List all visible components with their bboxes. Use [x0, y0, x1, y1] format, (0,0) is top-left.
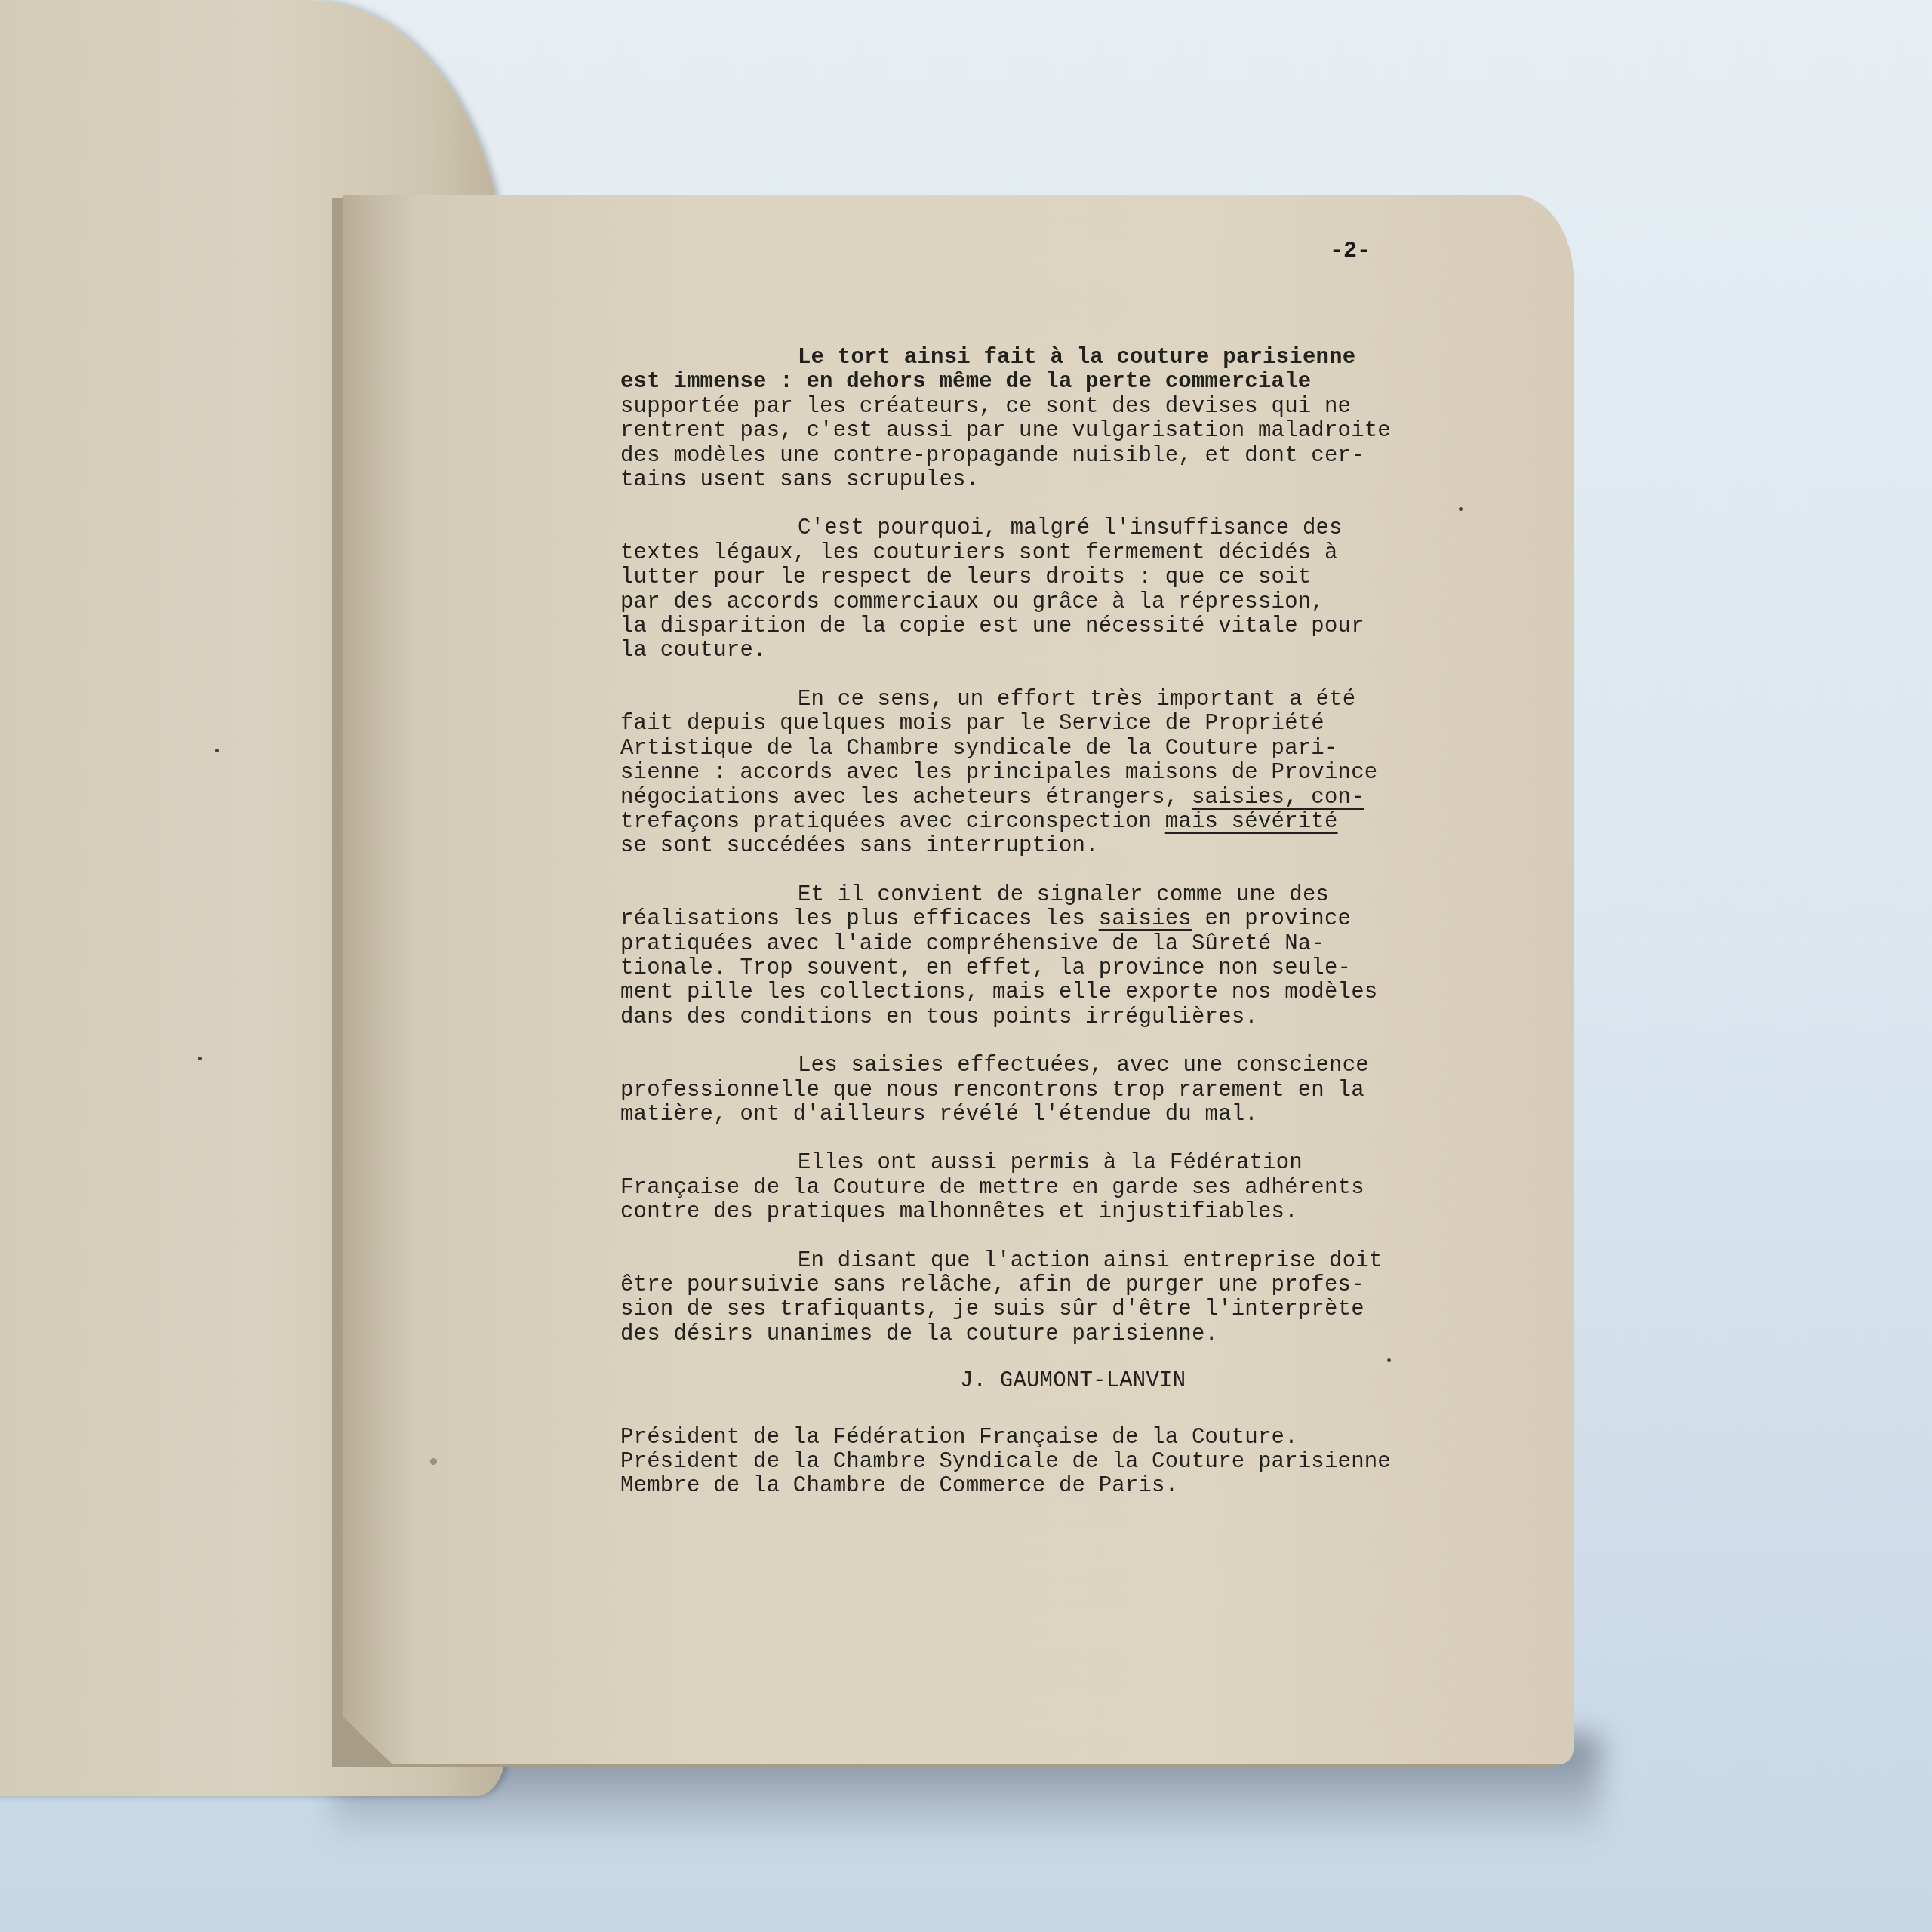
paragraph-5: Les saisies effectuées, avec une conscie… [620, 1054, 1496, 1127]
paragraph-6: Elles ont aussi permis à la Fédération F… [620, 1151, 1496, 1224]
text-line: sienne : accords avec les principales ma… [620, 761, 1496, 785]
text-line: des modèles une contre-propagande nuisib… [620, 444, 1496, 468]
signatory-titles: Président de la Fédération Française de … [620, 1426, 1496, 1499]
underlined-phrase: saisies [1099, 906, 1192, 931]
title-line: Président de la Fédération Française de … [620, 1426, 1496, 1450]
text-line: tains usent sans scrupules. [620, 468, 1496, 492]
underlined-phrase: mais sévérité [1165, 809, 1338, 834]
text-line: ment pille les collections, mais elle ex… [620, 980, 1496, 1004]
text-line: la couture. [620, 638, 1496, 663]
text-line: réalisations les plus efficaces les sais… [620, 907, 1496, 931]
underlined-phrase: saisies, con- [1192, 785, 1364, 810]
text-line: sion de ses trafiquants, je suis sûr d'ê… [620, 1297, 1496, 1321]
text-line: est immense : en dehors même de la perte… [620, 370, 1496, 394]
paragraph-1: Le tort ainsi fait à la couture parisien… [620, 346, 1496, 492]
text-line: la disparition de la copie est une néces… [620, 614, 1496, 638]
text-line: tionale. Trop souvent, en effet, la prov… [620, 956, 1496, 980]
signature: J. GAUMONT-LANVIN [620, 1369, 1496, 1393]
text-line: C'est pourquoi, malgré l'insuffisance de… [620, 516, 1496, 540]
text-line: En ce sens, un effort très important a é… [620, 688, 1496, 712]
text-line: Française de la Couture de mettre en gar… [620, 1176, 1496, 1200]
text-line: textes légaux, les couturiers sont ferme… [620, 541, 1496, 565]
paragraph-4: Et il convient de signaler comme une des… [620, 883, 1496, 1029]
paper-speck [1387, 1358, 1391, 1362]
paper-speck [198, 1057, 202, 1060]
text-line: Les saisies effectuées, avec une conscie… [620, 1054, 1496, 1078]
paper-speck [430, 1458, 437, 1465]
text-line: des désirs unanimes de la couture parisi… [620, 1322, 1496, 1346]
text-line: Elles ont aussi permis à la Fédération [620, 1151, 1496, 1175]
text-line: professionnelle que nous rencontrons tro… [620, 1078, 1496, 1103]
text-line: fait depuis quelques mois par le Service… [620, 712, 1496, 736]
text-line: Le tort ainsi fait à la couture parisien… [620, 346, 1496, 370]
text-line: trefaçons pratiquées avec circonspection… [620, 810, 1496, 834]
text-line: se sont succédées sans interruption. [620, 834, 1496, 858]
text-line: En disant que l'action ainsi entreprise … [620, 1249, 1496, 1273]
text-line: lutter pour le respect de leurs droits :… [620, 565, 1496, 589]
page-number: -2- [1330, 238, 1371, 264]
text-line: Artistique de la Chambre syndicale de la… [620, 737, 1496, 761]
text-line: pratiquées avec l'aide compréhensive de … [620, 932, 1496, 956]
text-line: rentrent pas, c'est aussi par une vulgar… [620, 419, 1496, 443]
text-line: négociations avec les acheteurs étranger… [620, 786, 1496, 810]
text-line: être poursuivie sans relâche, afin de pu… [620, 1273, 1496, 1297]
text-line: matière, ont d'ailleurs révélé l'étendue… [620, 1103, 1496, 1127]
paragraph-3: En ce sens, un effort très important a é… [620, 688, 1496, 859]
title-line: Président de la Chambre Syndicale de la … [620, 1450, 1496, 1474]
paragraph-7: En disant que l'action ainsi entreprise … [620, 1249, 1496, 1347]
paper-speck [215, 749, 219, 752]
title-line: Membre de la Chambre de Commerce de Pari… [620, 1474, 1496, 1498]
text-line: supportée par les créateurs, ce sont des… [620, 395, 1496, 419]
typewritten-letter: Le tort ainsi fait à la couture parisien… [620, 346, 1496, 1499]
text-line: contre des pratiques malhonnêtes et inju… [620, 1200, 1496, 1224]
text-line: Et il convient de signaler comme une des [620, 883, 1496, 907]
text-line: par des accords commerciaux ou grâce à l… [620, 590, 1496, 614]
paper-speck [1459, 507, 1463, 511]
text-line: dans des conditions en tous points irrég… [620, 1005, 1496, 1029]
paragraph-2: C'est pourquoi, malgré l'insuffisance de… [620, 516, 1496, 663]
